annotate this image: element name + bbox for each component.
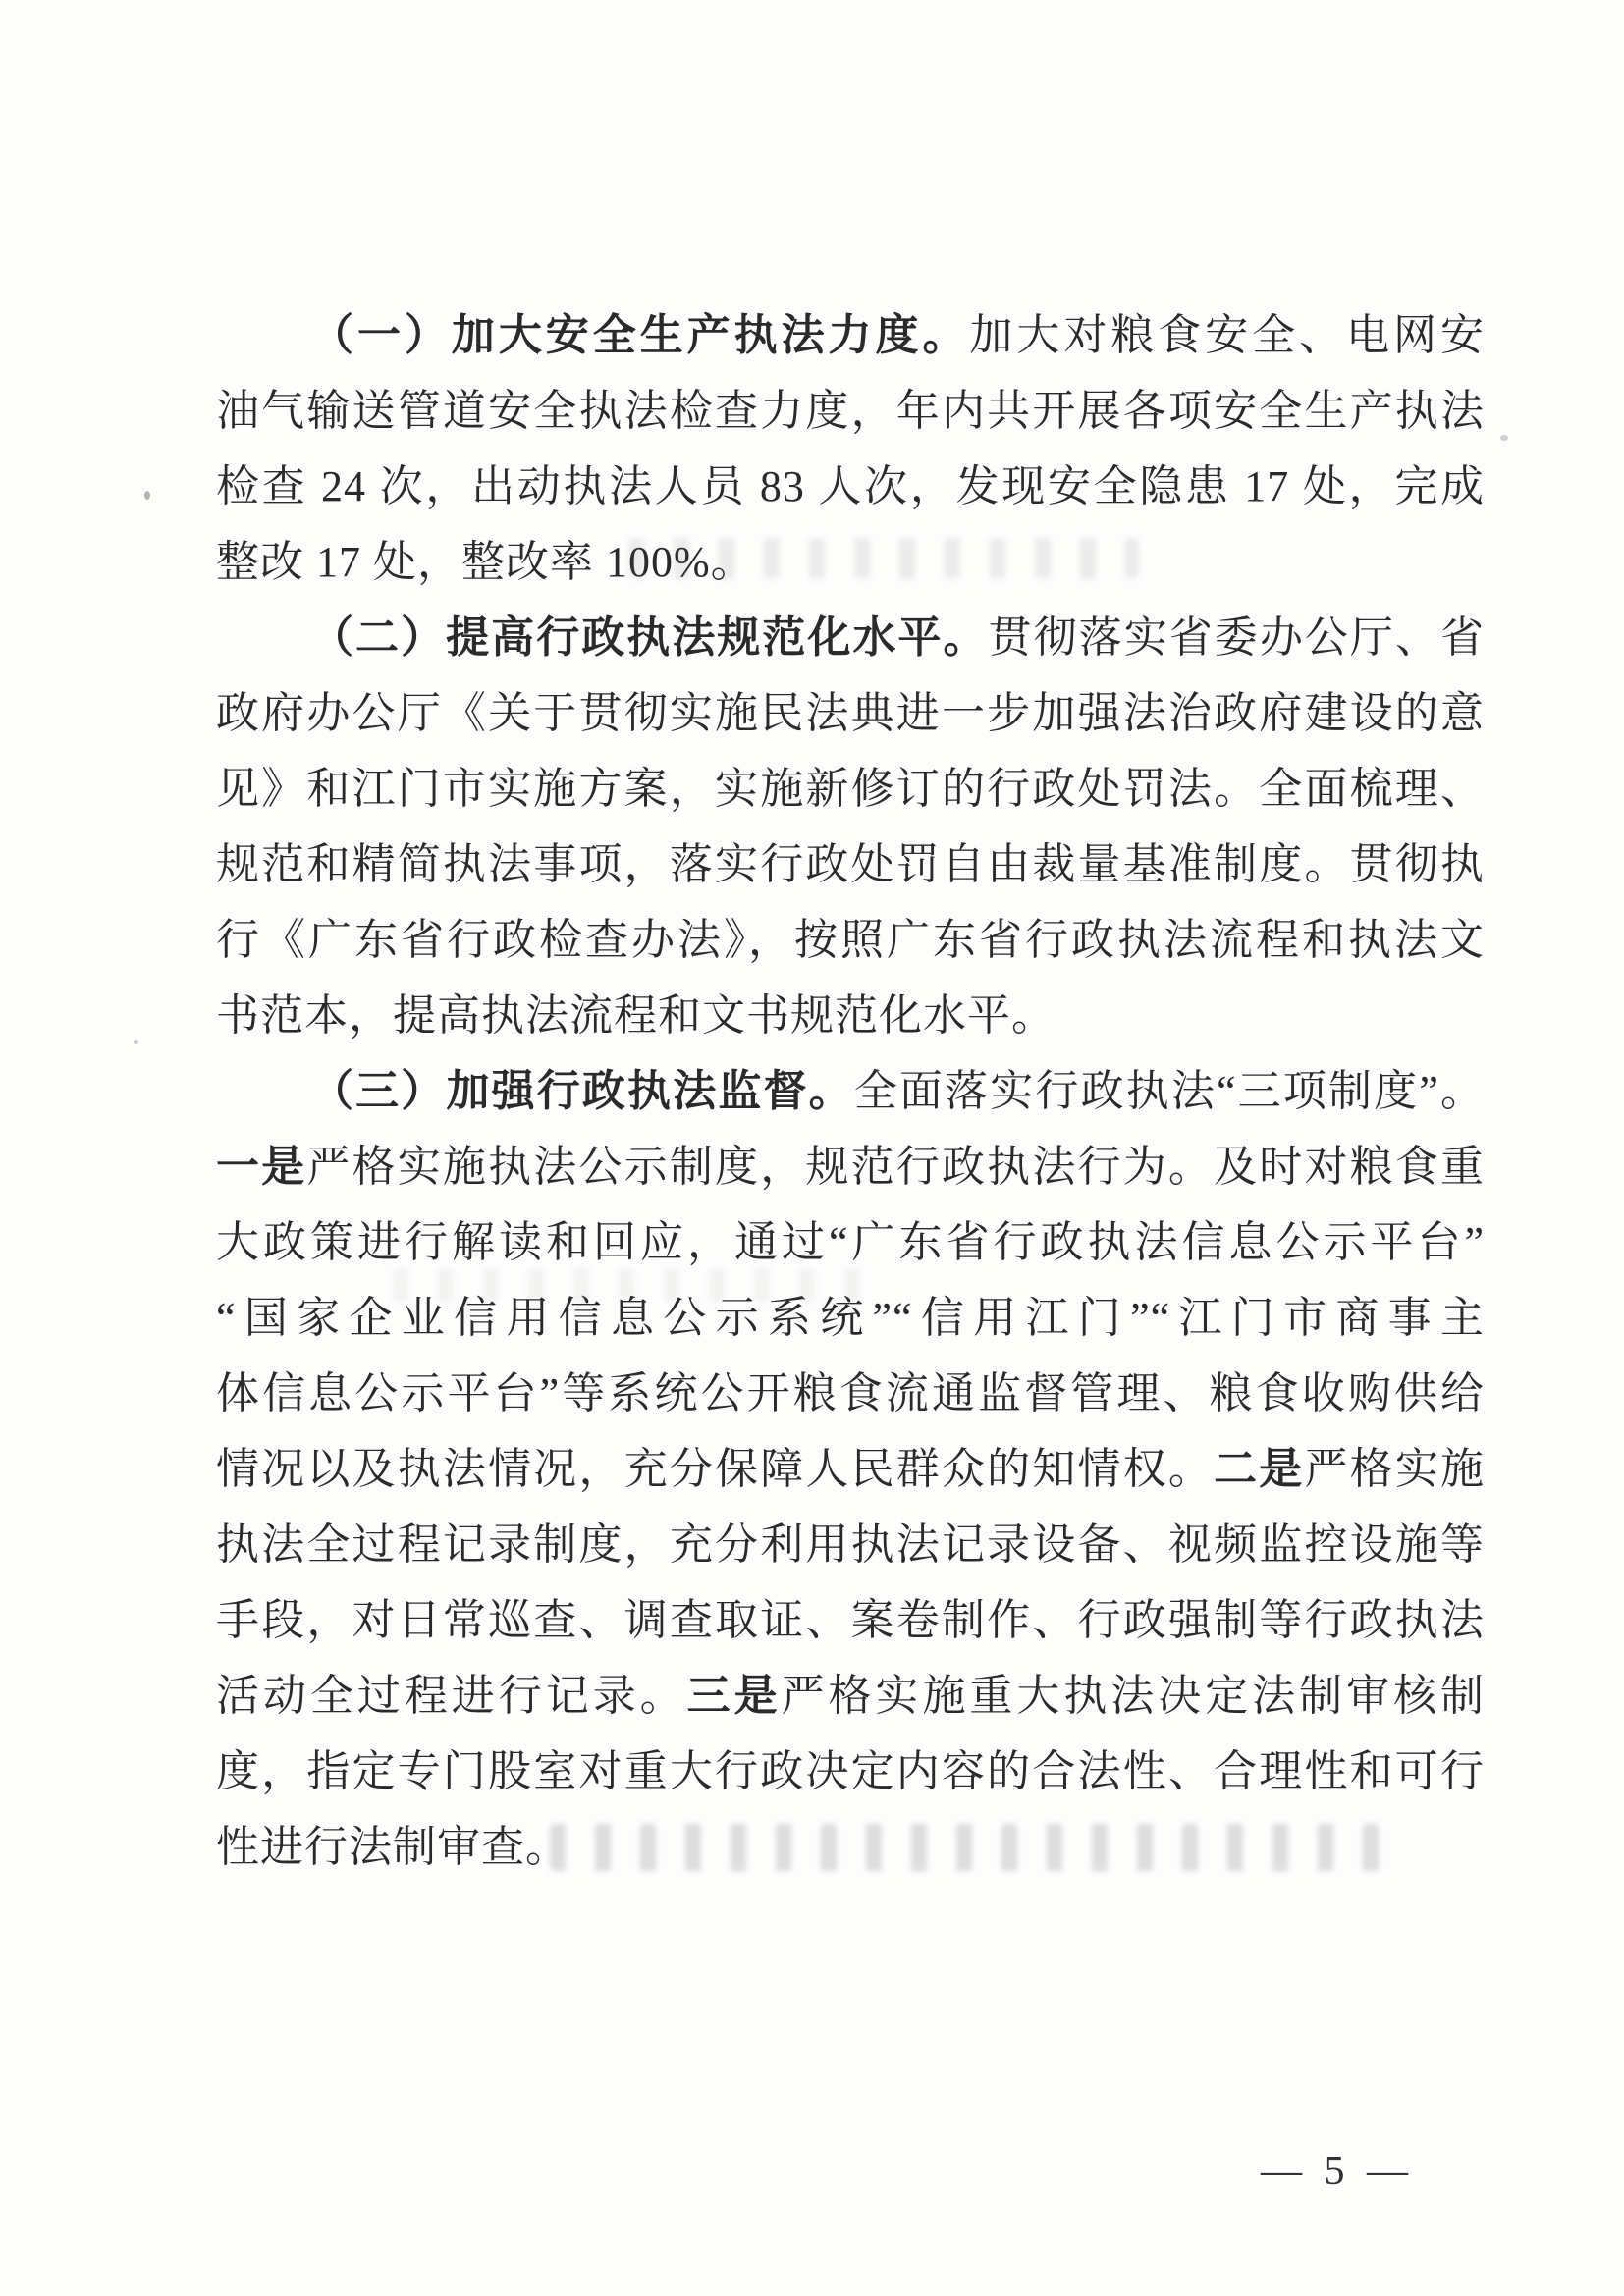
text-line: 情况以及执法情况，充分保障人民群众的知情权。二是严格实施 <box>216 1431 1485 1507</box>
body-text: 见》和江门市实施方案，实施新修订的行政处罚法。全面梳理、 <box>216 765 1485 813</box>
text-line: （二）提高行政执法规范化水平。贯彻落实省委办公厅、省 <box>216 600 1485 675</box>
text-line: 行《广东省行政检查办法》，按照广东省行政执法流程和执法文 <box>216 902 1485 978</box>
text-line: 检查 24 次，出动执法人员 83 人次，发现安全隐患 17 处，完成 <box>216 449 1485 524</box>
body-text: 检查 24 次，出动执法人员 83 人次，发现安全隐患 17 处，完成 <box>216 462 1485 510</box>
text-line: 执法全过程记录制度，充分利用执法记录设备、视频监控设施等 <box>216 1507 1485 1582</box>
emphasis-text: 一是 <box>216 1143 306 1191</box>
text-line: 规范和精简执法事项，落实行政处罚自由裁量基准制度。贯彻执 <box>216 827 1485 902</box>
body-text: 严格实施执法公示制度，规范行政执法行为。及时对粮食重 <box>306 1143 1485 1191</box>
body-text: 大政策进行解读和回应，通过“广东省行政执法信息公示平台” <box>216 1218 1485 1266</box>
body-text: 度，指定专门股室对重大行政决定内容的合法性、合理性和可行 <box>216 1747 1485 1795</box>
text-line: 见》和江门市实施方案，实施新修订的行政处罚法。全面梳理、 <box>216 751 1485 827</box>
body-text: 书范本，提高执法流程和文书规范化水平。 <box>216 991 1056 1040</box>
body-text: 性进行法制审查。 <box>216 1823 569 1871</box>
body-text: 行《广东省行政检查办法》，按照广东省行政执法流程和执法文 <box>216 916 1485 964</box>
text-line: （三）加强行政执法监督。全面落实行政执法“三项制度”。 <box>216 1053 1485 1129</box>
body-text: 全面落实行政执法“三项制度”。 <box>854 1067 1485 1115</box>
scan-speckle <box>1500 435 1508 441</box>
body-text: 贯彻落实省委办公厅、省 <box>989 614 1485 662</box>
scan-bleedthrough-artifact <box>628 538 1139 579</box>
document-lines: （一）加大安全生产执法力度。加大对粮食安全、电网安全、油气输送管道安全执法检查力… <box>216 297 1485 1885</box>
emphasis-text: （一）加大安全生产执法力度。 <box>310 311 969 359</box>
text-line: 油气输送管道安全执法检查力度，年内共开展各项安全生产执法 <box>216 373 1485 449</box>
body-text: 手段，对日常巡查、调查取证、案卷制作、行政强制等行政执法 <box>216 1596 1485 1644</box>
body-text: 执法全过程记录制度，充分利用执法记录设备、视频监控设施等 <box>216 1521 1485 1569</box>
emphasis-text: 二是 <box>1214 1445 1304 1493</box>
body-text: 规范和精简执法事项，落实行政处罚自由裁量基准制度。贯彻执 <box>216 840 1485 888</box>
page-number: — 5 — <box>1261 2148 1414 2195</box>
text-line: 书范本，提高执法流程和文书规范化水平。 <box>216 978 1485 1053</box>
text-line: 度，指定专门股室对重大行政决定内容的合法性、合理性和可行 <box>216 1734 1485 1809</box>
text-line: 政府办公厅《关于贯彻实施民法典进一步加强法治政府建设的意 <box>216 675 1485 751</box>
emphasis-text: 三是 <box>687 1672 782 1720</box>
emphasis-text: （二）提高行政执法规范化水平。 <box>310 614 989 662</box>
scan-speckle <box>134 1040 138 1044</box>
text-line: 活动全过程进行记录。三是严格实施重大执法决定法制审核制 <box>216 1658 1485 1734</box>
scanned-document-page: （一）加大安全生产执法力度。加大对粮食安全、电网安全、油气输送管道安全执法检查力… <box>0 0 1624 2296</box>
text-line: 一是严格实施执法公示制度，规范行政执法行为。及时对粮食重 <box>216 1129 1485 1204</box>
body-text: 情况以及执法情况，充分保障人民群众的知情权。 <box>216 1445 1214 1493</box>
scan-bleedthrough-artifact <box>550 1824 1384 1871</box>
text-line: （一）加大安全生产执法力度。加大对粮食安全、电网安全、 <box>216 297 1485 373</box>
body-text: 油气输送管道安全执法检查力度，年内共开展各项安全生产执法 <box>216 387 1485 435</box>
body-text: 严格实施 <box>1304 1445 1485 1493</box>
text-line: 手段，对日常巡查、调查取证、案卷制作、行政强制等行政执法 <box>216 1582 1485 1658</box>
scan-bleedthrough-artifact <box>393 1268 884 1302</box>
body-text: 严格实施重大执法决定法制审核制 <box>782 1672 1485 1720</box>
body-text: 活动全过程进行记录。 <box>216 1672 687 1720</box>
scan-speckle <box>144 491 150 500</box>
body-text: 体信息公示平台”等系统公开粮食流通监督管理、粮食收购供给 <box>216 1369 1485 1417</box>
body-text: 政府办公厅《关于贯彻实施民法典进一步加强法治政府建设的意 <box>216 689 1485 737</box>
emphasis-text: （三）加强行政执法监督。 <box>310 1067 854 1115</box>
text-line: 体信息公示平台”等系统公开粮食流通监督管理、粮食收购供给 <box>216 1356 1485 1431</box>
